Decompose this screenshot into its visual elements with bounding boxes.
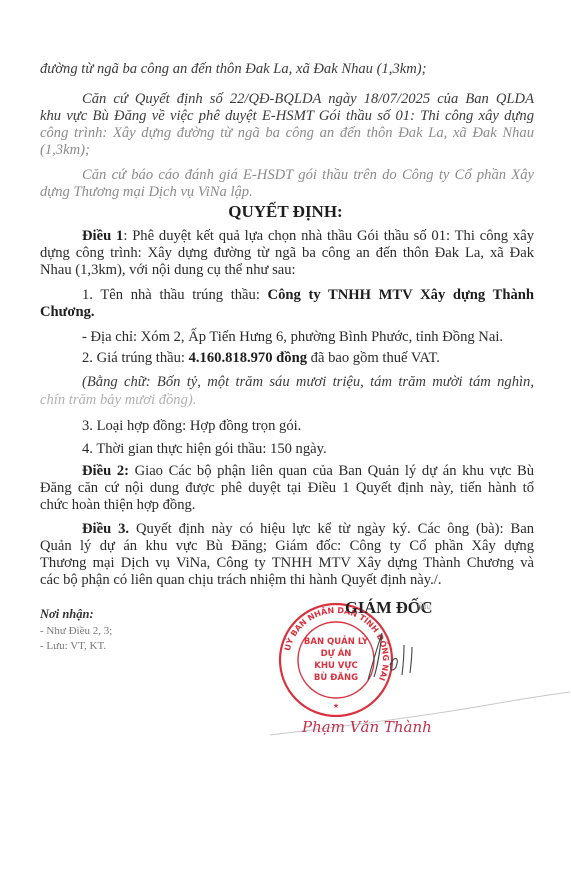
winning-price-amount: 4.160.818.970 đồng [189, 350, 307, 366]
article-3-label: Điều 3. [82, 521, 129, 537]
preamble-line: đường từ ngã ba công an đến thôn Đak La,… [40, 61, 534, 78]
initials-mark: fỉhu [417, 601, 431, 611]
article-2-line: chức hoàn thiện hợp đồng. [40, 497, 534, 514]
article-1-line: Điều 1: Phê duyệt kết quả lựa chọn nhà t… [82, 228, 534, 245]
basis-decision-line: công trình: Xây dựng đường từ ngã ba côn… [40, 125, 534, 142]
article-3-text: Quyết định này có hiệu lực kể từ ngày ký… [129, 521, 534, 537]
winning-bidder-name: Công ty TNHH MTV Xây dựng Thành [268, 287, 534, 303]
winning-bidder-label: 1. Tên nhà thầu trúng thầu: [82, 287, 268, 303]
price-in-words-cont: chín trăm bảy mươi đồng). [40, 392, 534, 409]
article-1-text: : Phê duyệt kết quả lựa chọn nhà thầu Gó… [123, 228, 534, 244]
winning-price-note: đã bao gồm thuế VAT. [307, 350, 440, 366]
article-2-label: Điều 2: [82, 463, 129, 479]
basis-report-line: dựng Thương mại Dịch vụ ViNa lập. [40, 184, 534, 201]
decision-title: QUYẾT ĐỊNH: [0, 202, 571, 222]
article-3-line: các bộ phận có liên quan chịu trách nhiệ… [40, 572, 534, 589]
basis-decision-line: Căn cứ Quyết định số 22/QĐ-BQLDA ngày 18… [82, 91, 534, 108]
winning-price-label: 2. Giá trúng thầu: [82, 350, 189, 366]
recipient-item: - Lưu: VT, KT. [40, 640, 106, 652]
article-2-line: Đăng căn cứ nội dung được phê duyệt tại … [40, 480, 534, 497]
svg-text:BÙ ĐĂNG: BÙ ĐĂNG [314, 671, 358, 683]
signer-name: Phạm Văn Thành [302, 718, 432, 736]
svg-text:DỰ ÁN: DỰ ÁN [321, 647, 352, 659]
winning-price-line: 2. Giá trúng thầu: 4.160.818.970 đồng đã… [82, 350, 534, 367]
recipient-item: - Như Điều 2, 3; [40, 625, 112, 637]
basis-decision-line: (1,3km); [40, 142, 534, 159]
svg-text:KHU VỰC: KHU VỰC [314, 661, 357, 671]
winning-bidder-line: 1. Tên nhà thầu trúng thầu: Công ty TNHH… [82, 287, 534, 304]
article-3-line: Thương mại Dịch vụ ViNa, Công ty TNHH MT… [40, 555, 534, 572]
article-2-line: Điều 2: Giao Các bộ phận liên quan của B… [82, 463, 534, 480]
article-1-line: Nhau (1,3km), với nội dung cụ thể như sa… [40, 262, 534, 279]
recipients-heading: Nơi nhận: [40, 607, 94, 622]
article-3-line: Điều 3. Quyết định này có hiệu lực kể từ… [82, 521, 534, 538]
price-in-words: (Bằng chữ: Bốn tỷ, một trăm sáu mươi tri… [82, 374, 534, 391]
article-1-label: Điều 1 [82, 228, 123, 244]
contract-type: 3. Loại hợp đồng: Hợp đồng trọn gói. [82, 418, 534, 435]
article-1-line: dựng công trình: Xây dựng đường từ ngã b… [40, 245, 534, 262]
article-3-line: Quản lý dự án khu vực Bù Đăng; Giám đốc:… [40, 538, 534, 555]
basis-report-line: Căn cứ báo cáo đánh giá E-HSDT gói thầu … [82, 167, 534, 184]
winning-bidder-name-cont: Chương. [40, 304, 534, 321]
handwritten-signature-icon [360, 625, 450, 685]
basis-decision-line: khu vực Bù Đăng về việc phê duyệt E-HSMT… [40, 108, 534, 125]
article-2-text: Giao Các bộ phận liên quan của Ban Quản … [129, 463, 534, 479]
bidder-address: - Địa chỉ: Xóm 2, Ấp Tiến Hưng 6, phường… [82, 329, 534, 346]
execution-time: 4. Thời gian thực hiện gói thầu: 150 ngà… [82, 441, 534, 458]
